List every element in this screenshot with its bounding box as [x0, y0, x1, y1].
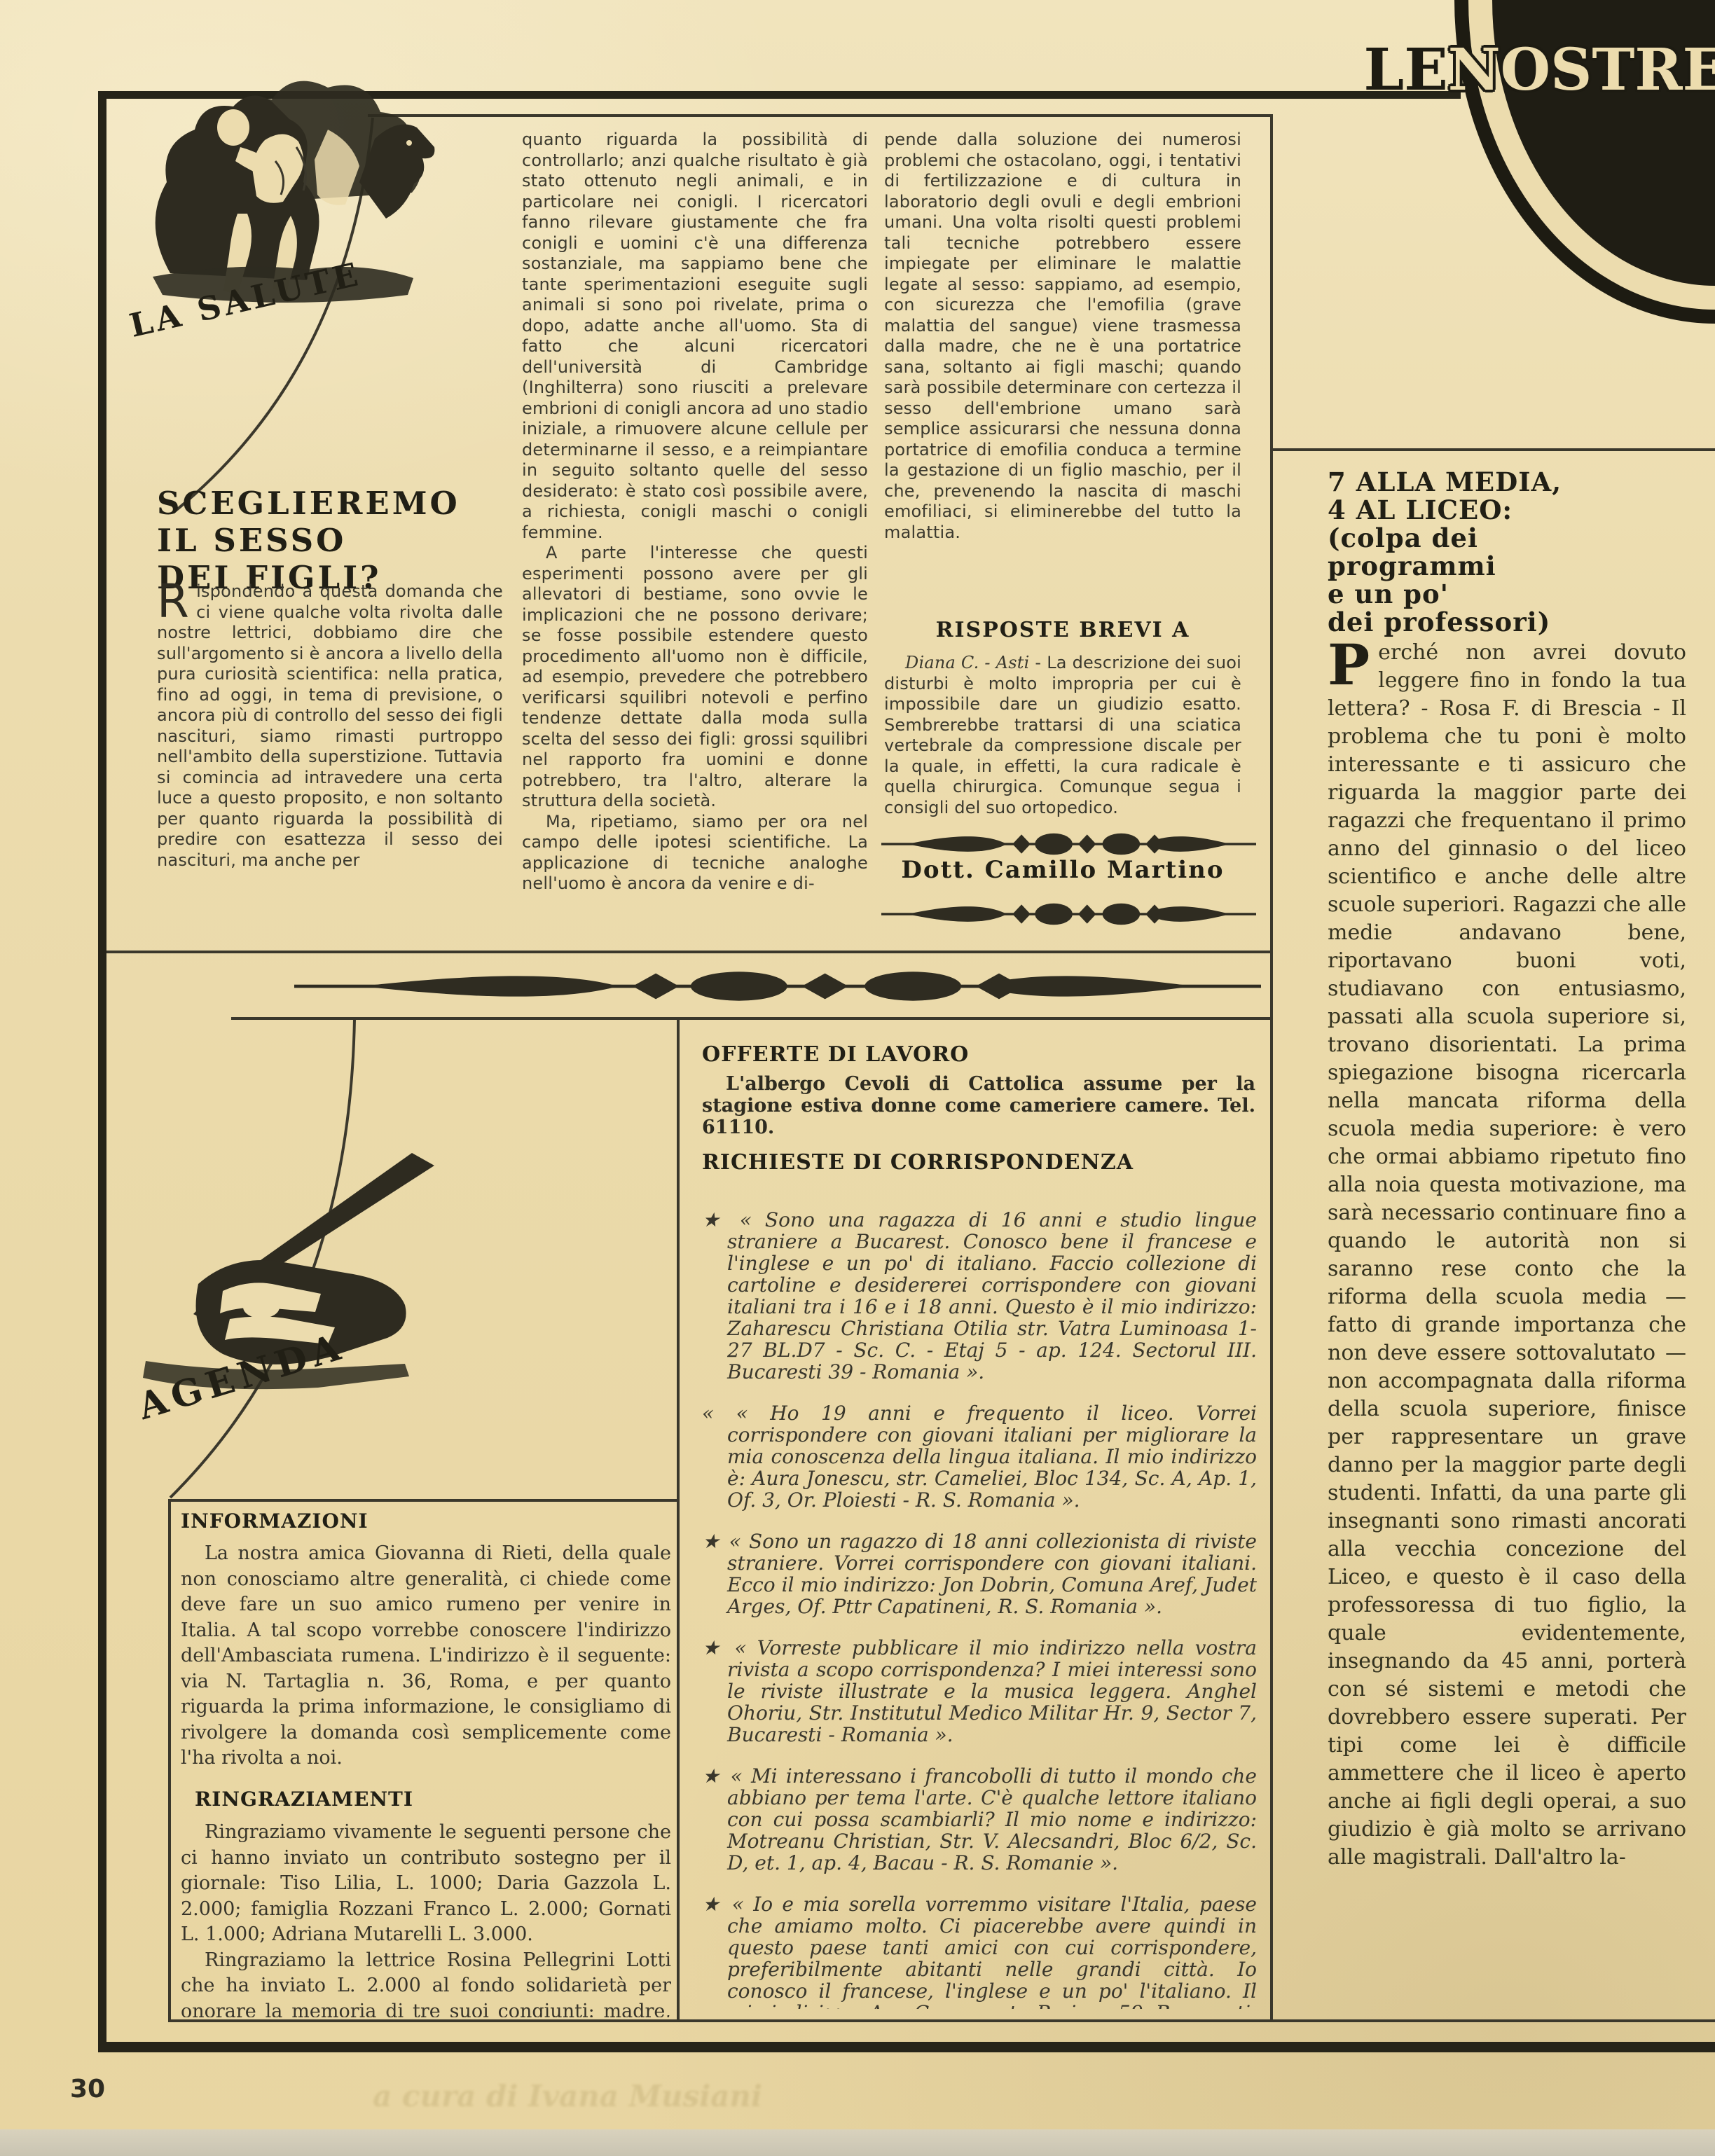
richieste-list: ★ « Sono una ragazza di 16 anni e studio… [702, 1189, 1257, 2009]
star-bullet-icon: ★ [702, 1893, 723, 1916]
correspondence-item: ★ « Sono una ragazza di 16 anni e studio… [702, 1209, 1257, 1383]
item-text: « Sono una ragazza di 16 anni e studio l… [727, 1208, 1257, 1383]
offerte-heading: OFFERTE DI LAVORO [702, 1042, 969, 1067]
scuola-body-text: erché non avrei dovuto leggere fino in f… [1328, 640, 1686, 1870]
col2-paragraph-2: A parte l'interesse che questi esperimen… [522, 543, 868, 812]
star-bullet-icon: ★ [702, 1764, 722, 1788]
item-text: « Vorreste pubblicare il mio indirizzo n… [727, 1636, 1257, 1746]
masthead-word-nostre: NOSTRE [1448, 36, 1715, 104]
offerte-body: L'albergo Cevoli di Cattolica assume per… [702, 1073, 1255, 1143]
correspondence-item: ★ « Vorreste pubblicare il mio indirizzo… [702, 1637, 1257, 1746]
ringraziamenti-paragraph-1: Ringraziamo vivamente le seguenti person… [181, 1820, 671, 1948]
correspondence-item: ★ « Io e mia sorella vorremmo visitare l… [702, 1893, 1257, 2009]
divider-ornament-top [881, 834, 1256, 855]
salute-article-col2: quanto riguarda la possibilità di contro… [522, 130, 868, 946]
scuola-dropcap: P [1328, 639, 1378, 688]
risposte-reader-name: Diana C. - Asti [905, 653, 1029, 672]
item-text: « Sono un ragazzo di 18 anni collezionis… [727, 1530, 1257, 1618]
ringraziamenti-heading: RINGRAZIAMENTI [195, 1788, 413, 1811]
guillemet-bullet-icon: « [702, 1402, 714, 1425]
col2-paragraph-1: quanto riguarda la possibilità di contro… [522, 130, 868, 543]
scan-edge-strip [0, 2129, 1715, 2156]
masthead-title: LENOSTRE [1364, 36, 1715, 104]
salute-col1-text: ispondendo a questa domanda che ci viene… [157, 581, 503, 870]
star-bullet-icon: ★ [702, 1208, 726, 1231]
col3-paragraph: pende dalla soluzione dei numerosi probl… [884, 130, 1241, 543]
risposte-reply-text: - La descrizione dei suoi disturbi è mol… [884, 653, 1241, 817]
richieste-heading: RICHIESTE DI CORRISPONDENZA [702, 1150, 1134, 1175]
star-bullet-icon: ★ [702, 1530, 721, 1553]
salute-article-title: SCEGLIEREMO IL SESSO DEI FIGLI? [157, 485, 507, 596]
ringraziamenti-body: Ringraziamo vivamente le seguenti person… [181, 1820, 671, 2017]
ghost-show-through-text: a cura di Ivana Musiani [301, 2079, 834, 2113]
correspondence-item: ★ « Sono un ragazzo di 18 anni collezion… [702, 1530, 1257, 1617]
salute-article-col1: Rispondendo a questa domanda che ci vien… [157, 581, 503, 960]
correspondence-item: « « Ho 19 anni e frequento il liceo. Vor… [702, 1402, 1257, 1511]
scuola-title: 7 ALLA MEDIA, 4 AL LICEO: (colpa dei pro… [1328, 468, 1692, 636]
salute-dropcap: R [157, 581, 196, 621]
masthead-word-le: LE [1364, 36, 1448, 104]
divider-ornament-large [294, 972, 1261, 1000]
ringraziamenti-paragraph-2: Ringraziamo la lettrice Rosina Pellegrin… [181, 1948, 671, 2018]
divider-ornament-bottom [881, 904, 1256, 925]
page-number: 30 [70, 2075, 105, 2103]
salute-article-col3: pende dalla soluzione dei numerosi probl… [884, 130, 1241, 613]
star-bullet-icon: ★ [702, 1636, 724, 1659]
magazine-page: LENOSTRE LA SALUTE SCEGLIEREMO IL SESSO … [0, 0, 1715, 2156]
item-text: « Io e mia sorella vorremmo visitare l'I… [727, 1893, 1257, 2009]
informazioni-body: La nostra amica Giovanna di Rieti, della… [181, 1541, 671, 1772]
item-text: « Mi interessano i francobolli di tutto … [727, 1764, 1257, 1874]
item-text: « Ho 19 anni e frequento il liceo. Vorre… [727, 1402, 1257, 1512]
correspondence-item: ★ « Mi interessano i francobolli di tutt… [702, 1765, 1257, 1874]
risposte-body: Diana C. - Asti - La descrizione dei suo… [884, 653, 1241, 828]
scuola-body: Perché non avrei dovuto leggere fino in … [1328, 639, 1686, 1994]
col2-paragraph-3: Ma, ripetiamo, siamo per ora nel campo d… [522, 812, 868, 894]
doctor-signature: Dott. Camillo Martino [884, 856, 1241, 884]
risposte-heading: RISPOSTE BREVI A [884, 618, 1241, 642]
informazioni-heading: INFORMAZIONI [181, 1509, 369, 1533]
